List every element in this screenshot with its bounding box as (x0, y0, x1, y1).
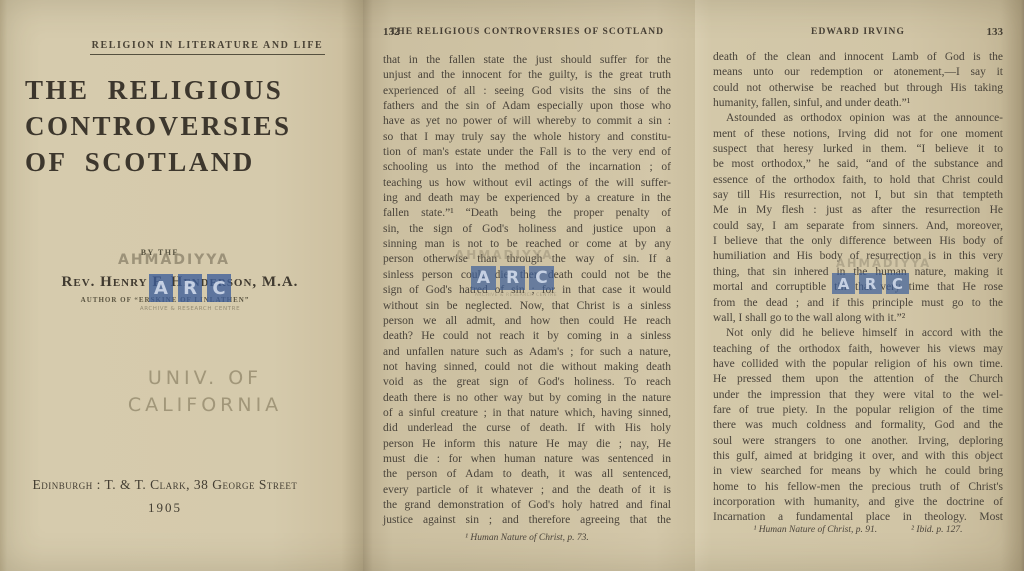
text-line: have as yet no power of will whereby to … (383, 114, 671, 129)
footnote-2: ² Ibid. p. 127. (911, 525, 962, 535)
text-line: ment of these notions, Irving did not fo… (713, 127, 1003, 142)
text-line: in view searched for means by which he c… (713, 464, 1003, 479)
text-line: did underlead the curse of death. If wit… (383, 421, 671, 436)
footnote: ¹ Human Nature of Christ, p. 73. (383, 533, 671, 543)
title-page: RELIGION IN LITERATURE AND LIFE THE RELI… (0, 0, 363, 571)
book-page-132: 132 THE RELIGIOUS CONTROVERSIES OF SCOTL… (363, 0, 695, 571)
text-line: fathers and the sin of Adam especially u… (383, 99, 671, 114)
page-number: 133 (987, 26, 1004, 38)
series-header-text: RELIGION IN LITERATURE AND LIFE (90, 40, 326, 55)
text-line: sinless person could die, then death cou… (383, 268, 671, 283)
running-header-row: 132 THE RELIGIOUS CONTROVERSIES OF SCOTL… (383, 26, 671, 40)
text-line: soul were strangers to one another. Irvi… (713, 434, 1003, 449)
running-header: THE RELIGIOUS CONTROVERSIES OF SCOTLAND (383, 27, 671, 37)
text-line: humanity, fallen, sinful, and under deat… (713, 96, 1003, 111)
text-line: sinning man is not to be reached or come… (383, 237, 671, 252)
text-line: humiliation and His body of resurrection… (713, 249, 1003, 264)
text-line: ing and death may be experienced by a cr… (383, 191, 671, 206)
book-title-line: CONTROVERSIES (25, 108, 292, 144)
text-line: must die : for when human nature was sen… (383, 452, 671, 467)
text-line: Astounded as orthodox opinion was at the… (713, 111, 1003, 126)
text-line: unjust and the innocent for the guilty, … (383, 68, 671, 83)
text-line: experienced of all : seeing God visits t… (383, 84, 671, 99)
text-line: teaching us how without evil actings of … (383, 176, 671, 191)
text-line: the grand demonstration of God's holy ha… (383, 498, 671, 513)
text-line: say till His resurrection, not I, but si… (713, 188, 1003, 203)
text-line: that in the fallen state the just should… (383, 53, 671, 68)
text-line: could not otherwise be reached but throu… (713, 81, 1003, 96)
text-line: justice against sin ; and therefore agre… (383, 513, 671, 528)
text-line: essence of the orthodox faith, to hold t… (713, 173, 1003, 188)
text-line: under the impression that they were vita… (713, 388, 1003, 403)
text-line: person otherwise than through the way of… (383, 252, 671, 267)
text-line: incorporation with humanity, and give th… (713, 495, 1003, 510)
author-note: AUTHOR OF “ERSKINE OF LINLATHEN” (0, 296, 330, 304)
text-line: without sin be neglected. Now, that Chri… (383, 299, 671, 314)
text-line: tion of man's estate under the Fall is t… (383, 145, 671, 160)
text-line: every particle of it whatever ; and the … (383, 483, 671, 498)
text-line: have collided with the popular religion … (713, 357, 1003, 372)
book-title-line: THE RELIGIOUS (25, 72, 292, 108)
footnote-1: ¹ Human Nature of Christ, p. 91. (753, 525, 877, 535)
text-line: this gulf, aimed at bridging it over, an… (713, 449, 1003, 464)
text-line: schooling us into the method of the inca… (383, 160, 671, 175)
text-line: person He inform this nature He may die … (383, 437, 671, 452)
text-line: death of the clean and innocent Lamb of … (713, 50, 1003, 65)
text-line: of a sinful creature ; in that nature wh… (383, 406, 671, 421)
book-scan: RELIGION IN LITERATURE AND LIFE THE RELI… (0, 0, 1024, 571)
text-line: sin, the sign of God's holiness and just… (383, 222, 671, 237)
imprint-year: 1905 (0, 500, 330, 516)
footnotes: ¹ Human Nature of Christ, p. 91. ² Ibid.… (713, 525, 1003, 535)
byline-prefix: BY THE (0, 248, 320, 257)
text-line: suspect that heresy lurked in them. “I b… (713, 142, 1003, 157)
text-line: home to his fellow-men the precious trut… (713, 480, 1003, 495)
text-line: teaching of the orthodox faith, however … (713, 342, 1003, 357)
text-line: void as the great sign of God's holiness… (383, 375, 671, 390)
body-text: death of the clean and innocent Lamb of … (713, 50, 1003, 526)
text-line: I believe that the only difference betwe… (713, 234, 1003, 249)
text-line: Me in My flesh : just as after the resur… (713, 203, 1003, 218)
text-line: be most orthodox,” he said, “and of the … (713, 157, 1003, 172)
running-header-row: EDWARD IRVING 133 (713, 26, 1003, 40)
arc-watermark-caption: ARCHIVE & RESEARCH CENTRE (125, 306, 255, 312)
text-line: the person of Adam to death, it was all … (383, 467, 671, 482)
text-line: means unto our redemption or atonement,—… (713, 65, 1003, 80)
text-line: so that I may truly say the whole histor… (383, 130, 671, 145)
text-line: He pressed them upon the attention of th… (713, 372, 1003, 387)
imprint: Edinburgh : T. & T. Clark, 38 George Str… (0, 477, 330, 493)
text-line: and unfallen nature such as Adam's ; for… (383, 345, 671, 360)
library-stamp: UNIV. OFCALIFORNIA (115, 365, 295, 419)
text-line: person we all admit, and how then could … (383, 314, 671, 329)
text-line: mortal and corruptible till that very ti… (713, 280, 1003, 295)
book-page-133: EDWARD IRVING 133 death of the clean and… (695, 0, 1024, 571)
text-line: Incarnation a fundamental place in theol… (713, 510, 1003, 525)
running-header: EDWARD IRVING (713, 27, 1003, 37)
text-line: wall, I shall go to the wall along with … (713, 311, 1003, 326)
body-text: that in the fallen state the just should… (383, 53, 671, 529)
text-line: Not only did he believe himself in accor… (713, 326, 1003, 341)
text-line: sign of God's hatred of sin ; for in tha… (383, 283, 671, 298)
text-line: fallen state.”¹ “Death being the proper … (383, 206, 671, 221)
library-stamp-line: UNIV. OF (115, 365, 295, 392)
series-header: RELIGION IN LITERATURE AND LIFE (0, 35, 363, 55)
text-line: there was much coldness and formality, G… (713, 418, 1003, 433)
text-line: death? He could not reach it by coming i… (383, 329, 671, 344)
text-line: not having sinned, could not die without… (383, 360, 671, 375)
book-title-line: OF SCOTLAND (25, 144, 292, 180)
text-line: fare of true piety. In the popular relig… (713, 403, 1003, 418)
book-title: THE RELIGIOUSCONTROVERSIESOF SCOTLAND (25, 72, 292, 180)
library-stamp-line: CALIFORNIA (115, 392, 295, 419)
author-name: Rev. Henry F. Henderson, M.A. (0, 274, 360, 291)
text-line: from the dead ; and if this principle mu… (713, 296, 1003, 311)
text-line: death there is no other way but by comin… (383, 391, 671, 406)
text-line: thing, that sin inhered in the human nat… (713, 265, 1003, 280)
text-line: could say, I am separate from sinners. A… (713, 219, 1003, 234)
